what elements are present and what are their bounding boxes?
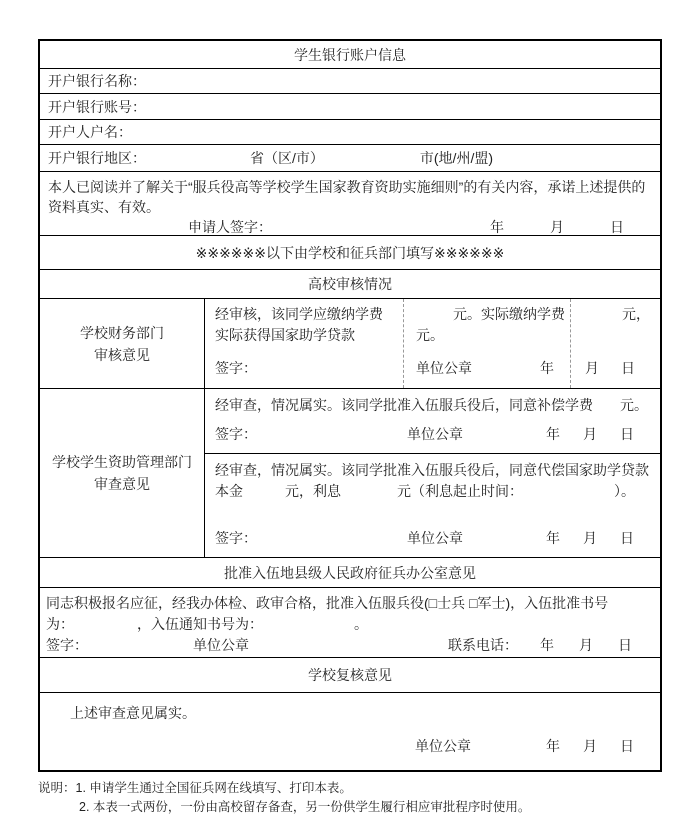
student-bank-form-table: 学生银行账户信息 开户银行名称： 开户银行账号： 开户人户名： 开户银行地区： … xyxy=(38,39,662,772)
region-province-label: 省（区/市） xyxy=(250,148,324,168)
conscription-body-row: 同志积极报名应征，经我办体检、政审合格，批准入伍服兵役(□士兵 □军士)，入伍批… xyxy=(40,587,660,657)
school-review-date-group: 年 月 日 xyxy=(546,736,652,756)
aid-dept-row: 学校学生资助管理部门 审查意见 经审查，情况属实。该同学批准入伍服兵役后，同意补… xyxy=(40,388,660,557)
aid-date-group: 年 月 日 xyxy=(546,528,652,549)
finance-dept-row: 学校财务部门 审核意见 经审核，该同学应缴纳学费 实际获得国家助学贷款 签字： … xyxy=(40,298,660,388)
aid-loan-line2: 本金 元，利息 元（利息起止时间： ）。 xyxy=(215,481,652,502)
finance-seal-line: 单位公章 年 xyxy=(416,358,570,379)
aid-date-group: 年 月 日 xyxy=(546,424,652,445)
account-holder-row: 开户人户名： xyxy=(40,119,660,144)
school-review-seal-line: 单位公章 年 月 日 xyxy=(48,736,652,756)
day-label: 日 xyxy=(620,424,634,445)
finance-seal-label: 单位公章 xyxy=(416,358,472,379)
applicant-date-group: 年 月 日 xyxy=(490,217,652,235)
school-review-body-row: 上述审查意见属实。 单位公章 年 月 日 xyxy=(40,692,660,770)
month-label: 月 xyxy=(583,736,597,756)
finance-col3-amount: 元， xyxy=(571,304,650,325)
aid-tuition-sign-line: 签字： 单位公章 年 月 日 xyxy=(215,424,652,445)
school-review-seal-label: 单位公章 xyxy=(415,736,471,756)
conscription-seal-label: 单位公章 xyxy=(193,635,249,656)
form-page: 学生银行账户信息 开户银行名称： 开户银行账号： 开户人户名： 开户银行地区： … xyxy=(0,0,691,823)
aid-dept-label-line2: 审查意见 xyxy=(94,473,150,495)
fill-notice-text: ※※※※※※以下由学校和征兵部门填写※※※※※※ xyxy=(196,243,505,263)
finance-dept-label-cell: 学校财务部门 审核意见 xyxy=(40,299,205,388)
finance-dept-label-line1: 学校财务部门 xyxy=(80,322,164,344)
aid-seal-label: 单位公章 xyxy=(407,528,463,549)
conscription-date-group: 年 月 日 xyxy=(540,635,652,656)
notes-label: 说明： xyxy=(38,779,76,798)
finance-col2: 元。实际缴纳学费 元。 单位公章 年 xyxy=(403,299,570,388)
aid-loan-sign-line: 签字： 单位公章 年 月 日 xyxy=(215,528,652,549)
footer-notes: 说明： 1. 申请学生通过全国征兵网在线填写、打印本表。 2. 本表一式两份，一… xyxy=(38,779,530,817)
applicant-signature-line: 申请人签字： 年 月 日 xyxy=(48,217,652,235)
declaration-text: 本人已阅读并了解关于“服兵役高等学校学生国家教育资助实施细则”的有关内容，承诺上… xyxy=(48,177,652,217)
fill-notice-row: ※※※※※※以下由学校和征兵部门填写※※※※※※ xyxy=(40,235,660,269)
school-review-header: 学校复核意见 xyxy=(308,665,392,685)
finance-col1: 经审核，该同学应缴纳学费 实际获得国家助学贷款 签字： xyxy=(205,299,403,388)
day-label: 日 xyxy=(620,528,634,549)
note-item-1: 1. 申请学生通过全国征兵网在线填写、打印本表。 xyxy=(76,779,352,798)
aid-dept-label-cell: 学校学生资助管理部门 审查意见 xyxy=(40,389,205,557)
conscription-line2: 为： ，入伍通知书号为： 。 xyxy=(46,614,652,635)
conscription-header-row: 批准入伍地县级人民政府征兵办公室意见 xyxy=(40,557,660,587)
bank-region-label: 开户银行地区： xyxy=(48,148,146,168)
aid-tuition-line: 经审查，情况属实。该同学批准入伍服兵役后，同意补偿学费 元。 xyxy=(215,395,652,416)
day-label: 日 xyxy=(610,217,624,235)
aid-tuition-unit: 元。 xyxy=(620,395,652,416)
region-city-label: 市(地/州/盟) xyxy=(420,148,493,168)
finance-dept-label-line2: 审核意见 xyxy=(94,344,150,366)
conscription-header: 批准入伍地县级人民政府征兵办公室意见 xyxy=(224,563,476,583)
month-label: 月 xyxy=(583,528,597,549)
conscription-sign-line: 签字： 单位公章 联系电话： 年 月 日 xyxy=(46,635,652,656)
bank-name-row: 开户银行名称： xyxy=(40,68,660,93)
aid-sign-label: 签字： xyxy=(215,424,257,445)
aid-subrow-loan: 经审查，情况属实。该同学批准入伍服兵役后，同意代偿国家助学贷款 本金 元，利息 … xyxy=(205,453,660,557)
year-label: 年 xyxy=(490,217,504,235)
college-review-header: 高校审核情况 xyxy=(308,274,392,294)
year-label: 年 xyxy=(540,358,554,379)
month-label: 月 xyxy=(579,635,593,656)
note-item-2: 2. 本表一式两份，一份由高校留存备查，另一份供学生履行相应审批程序时使用。 xyxy=(79,798,530,817)
account-holder-label: 开户人户名： xyxy=(48,122,132,142)
spacer xyxy=(48,723,652,736)
spacer xyxy=(215,346,403,358)
conscription-line1: 同志积极报名应征，经我办体检、政审合格，批准入伍服兵役(□士兵 □军士)，入伍批… xyxy=(46,593,652,614)
day-label: 日 xyxy=(618,635,632,656)
year-label: 年 xyxy=(546,736,560,756)
form-title-row: 学生银行账户信息 xyxy=(40,41,660,68)
aid-loan-line1: 经审查，情况属实。该同学批准入伍服兵役后，同意代偿国家助学贷款 xyxy=(215,460,652,481)
day-label: 日 xyxy=(620,736,634,756)
finance-col1-line1: 经审核，该同学应缴纳学费 xyxy=(215,304,403,325)
conscription-sign-label: 签字： xyxy=(46,635,88,656)
aid-seal-label: 单位公章 xyxy=(407,424,463,445)
bank-account-label: 开户银行账号： xyxy=(48,97,146,117)
finance-col1-line2: 实际获得国家助学贷款 xyxy=(215,325,403,346)
finance-date-line: 月 日 xyxy=(571,358,650,379)
finance-col2-line2: 元。 xyxy=(416,325,570,346)
note-indent xyxy=(38,798,79,817)
bank-name-label: 开户银行名称： xyxy=(48,71,146,91)
school-review-header-row: 学校复核意见 xyxy=(40,657,660,692)
conscription-phone-label: 联系电话： xyxy=(448,635,518,656)
month-label: 月 xyxy=(550,217,564,235)
applicant-signature-label: 申请人签字： xyxy=(188,217,272,235)
finance-col2-line1: 元。实际缴纳学费 xyxy=(416,304,570,325)
note-line-2: 2. 本表一式两份，一份由高校留存备查，另一份供学生履行相应审批程序时使用。 xyxy=(38,798,530,817)
aid-dept-label-line1: 学校学生资助管理部门 xyxy=(52,451,192,473)
aid-tuition-text: 经审查，情况属实。该同学批准入伍服兵役后，同意补偿学费 xyxy=(215,395,593,416)
bank-account-row: 开户银行账号： xyxy=(40,93,660,119)
aid-subrow-tuition: 经审查，情况属实。该同学批准入伍服兵役后，同意补偿学费 元。 签字： 单位公章 … xyxy=(205,389,660,453)
college-review-header-row: 高校审核情况 xyxy=(40,269,660,298)
form-title: 学生银行账户信息 xyxy=(294,45,406,65)
month-label: 月 xyxy=(583,424,597,445)
day-label: 日 xyxy=(621,358,635,379)
year-label: 年 xyxy=(546,528,560,549)
aid-right-area: 经审查，情况属实。该同学批准入伍服兵役后，同意补偿学费 元。 签字： 单位公章 … xyxy=(205,389,660,557)
finance-col3: 元， 月 日 xyxy=(570,299,660,388)
note-line-1: 说明： 1. 申请学生通过全国征兵网在线填写、打印本表。 xyxy=(38,779,530,798)
finance-sign-label: 签字： xyxy=(215,358,403,379)
aid-sign-label: 签字： xyxy=(215,528,257,549)
month-label: 月 xyxy=(585,358,599,379)
school-review-text: 上述审查意见属实。 xyxy=(48,703,652,723)
bank-region-row: 开户银行地区： 省（区/市） 市(地/州/盟) xyxy=(40,144,660,171)
year-label: 年 xyxy=(540,635,554,656)
declaration-row: 本人已阅读并了解关于“服兵役高等学校学生国家教育资助实施细则”的有关内容，承诺上… xyxy=(40,171,660,235)
year-label: 年 xyxy=(546,424,560,445)
